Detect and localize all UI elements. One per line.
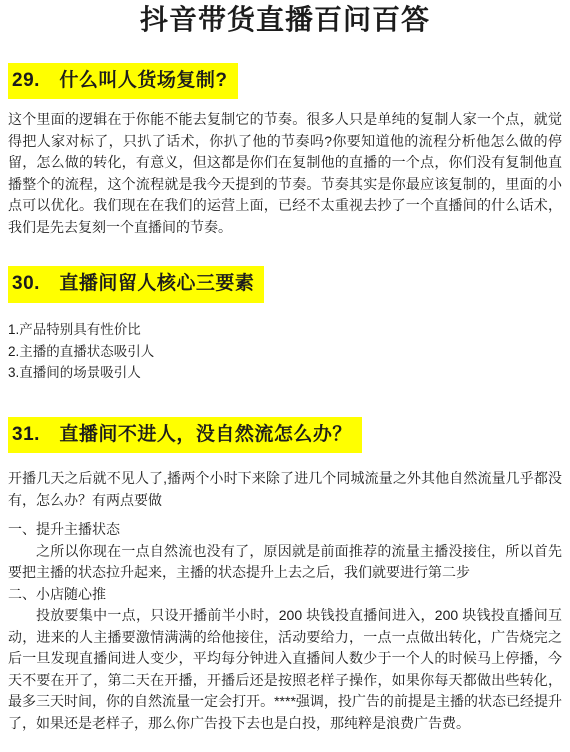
list-item: 3.直播间的场景吸引人 bbox=[8, 362, 562, 384]
section-29: 29. 什么叫人货场复制? 这个里面的逻辑在于你能不能去复制它的节奏。很多人只是… bbox=[8, 40, 562, 239]
document-title: 抖音带货直播百问百答 bbox=[8, 2, 562, 40]
retention-factor-list: 1.产品特别具有性价比 2.主播的直播状态吸引人 3.直播间的场景吸引人 bbox=[8, 319, 562, 384]
section-29-heading: 29. 什么叫人货场复制? bbox=[8, 63, 238, 100]
point-1-title: 一、提升主播状态 bbox=[8, 519, 562, 541]
point-2-title: 二、小店随心推 bbox=[8, 584, 562, 606]
section-29-body: 这个里面的逻辑在于你能不能去复制它的节奏。很多人只是单纯的复制人家一个点，就觉得… bbox=[8, 109, 562, 238]
section-30: 30. 直播间留人核心三要素 1.产品特别具有性价比 2.主播的直播状态吸引人 … bbox=[8, 238, 562, 383]
point-1-body: 之所以你现在一点自然流也没有了，原因就是前面推荐的流量主播没接住，所以首先要把主… bbox=[8, 541, 562, 584]
list-item: 2.主播的直播状态吸引人 bbox=[8, 341, 562, 363]
section-31-points: 一、提升主播状态 之所以你现在一点自然流也没有了，原因就是前面推荐的流量主播没接… bbox=[8, 519, 562, 734]
section-31-heading: 31. 直播间不进人，没自然流怎么办？ bbox=[8, 417, 362, 454]
section-31-intro: 开播几天之后就不见人了,播两个小时下来除了进几个同城流量之外其他自然流量几乎都没… bbox=[8, 468, 562, 511]
document-page: 抖音带货直播百问百答 29. 什么叫人货场复制? 这个里面的逻辑在于你能不能去复… bbox=[0, 0, 570, 752]
list-item: 1.产品特别具有性价比 bbox=[8, 319, 562, 341]
section-30-heading: 30. 直播间留人核心三要素 bbox=[8, 266, 264, 303]
section-31: 31. 直播间不进人，没自然流怎么办？ 开播几天之后就不见人了,播两个小时下来除… bbox=[8, 384, 562, 735]
point-2-body: 投放要集中一点，只设开播前半小时，200 块钱投直播间进入，200 块钱投直播间… bbox=[8, 605, 562, 734]
